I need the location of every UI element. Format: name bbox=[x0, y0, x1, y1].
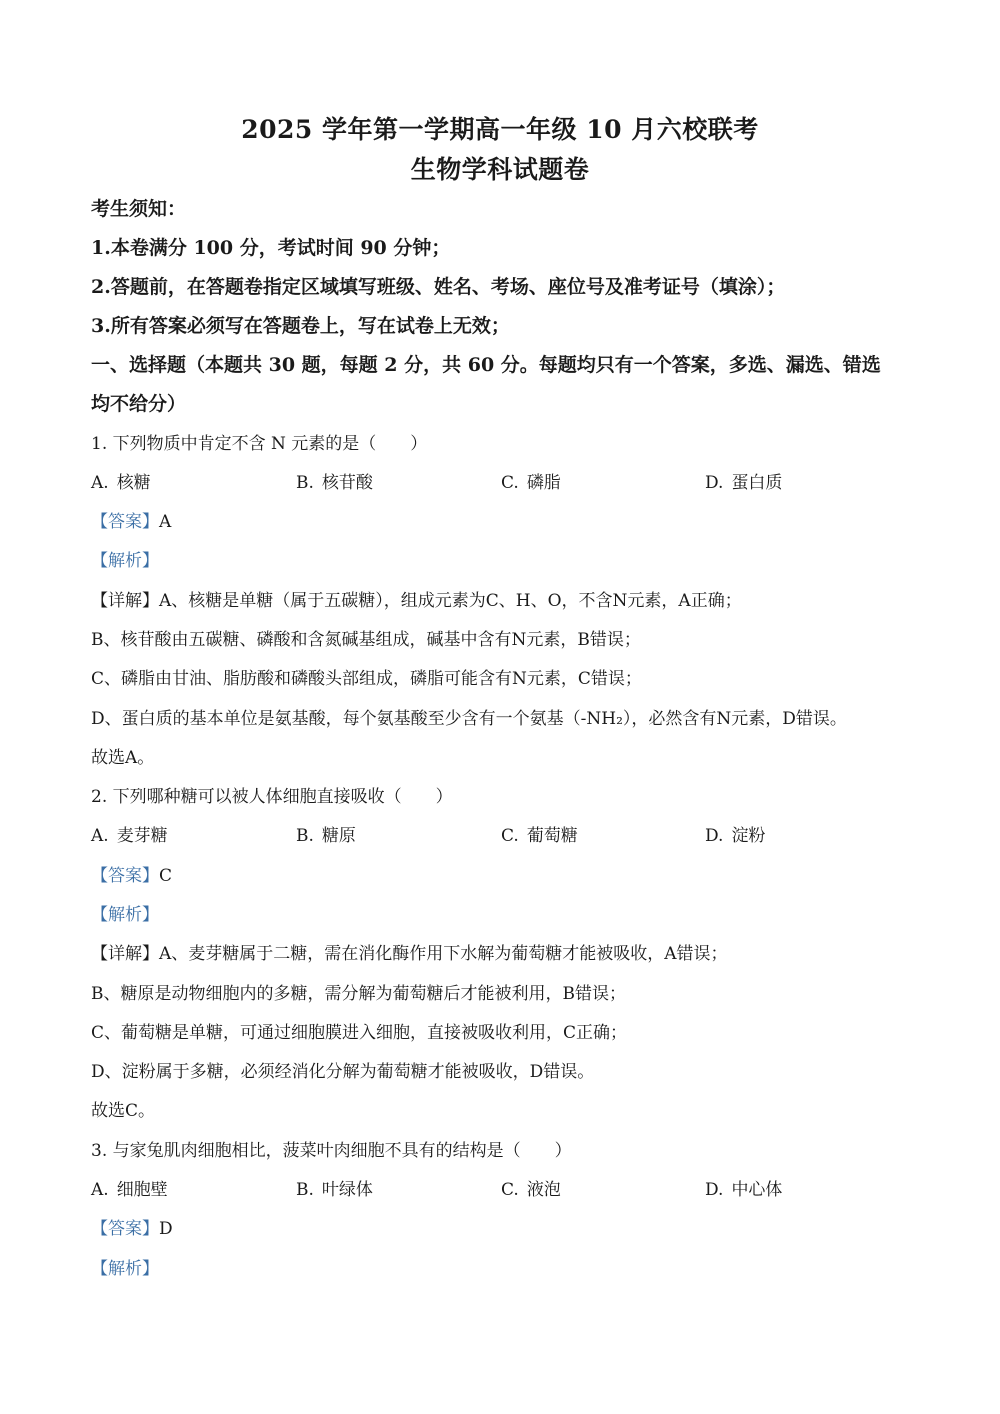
option-c: C.液泡 bbox=[501, 1175, 561, 1200]
detail-line: D、淀粉属于多糖，必须经消化分解为葡萄糖才能被吸收，D错误。 bbox=[91, 1057, 594, 1082]
option-a: A.核糖 bbox=[91, 468, 151, 493]
conclusion-line: 故选C。 bbox=[91, 1096, 155, 1121]
option-d: D.中心体 bbox=[705, 1175, 782, 1200]
detail-line: 【详解】A、核糖是单糖（属于五碳糖），组成元素为C、H、O，不含N元素，A正确； bbox=[91, 586, 742, 611]
option-b: B.糖原 bbox=[296, 821, 356, 846]
detail-line: D、蛋白质的基本单位是氨基酸，每个氨基酸至少含有一个氨基（-NH₂），必然含有N… bbox=[91, 704, 847, 729]
detail-line: B、糖原是动物细胞内的多糖，需分解为葡萄糖后才能被利用，B错误； bbox=[91, 979, 626, 1004]
notice-heading: 考生须知： bbox=[91, 194, 186, 221]
answer-line: 【答案】C bbox=[91, 861, 172, 886]
exam-title: 2025 学年第一学期高一年级 10 月六校联考 bbox=[0, 110, 1000, 146]
option-a: A.麦芽糖 bbox=[91, 821, 168, 846]
answer-label: 【答案】 bbox=[91, 512, 159, 532]
notice-item: 3.所有答案必须写在答题卷上，写在试卷上无效； bbox=[91, 311, 510, 338]
detail-label: 【详解】 bbox=[91, 591, 159, 611]
answer-value: C bbox=[159, 866, 172, 886]
option-d: D.淀粉 bbox=[705, 821, 765, 846]
detail-line: C、葡萄糖是单糖，可通过细胞膜进入细胞，直接被吸收利用，C正确； bbox=[91, 1018, 627, 1043]
analysis-label: 【解析】 bbox=[91, 1259, 159, 1279]
notice-item: 2.答题前，在答题卷指定区域填写班级、姓名、考场、座位号及准考证号（填涂）； bbox=[91, 272, 785, 299]
option-d: D.蛋白质 bbox=[705, 468, 782, 493]
analysis-label: 【解析】 bbox=[91, 905, 159, 925]
exam-page: 2025 学年第一学期高一年级 10 月六校联考 生物学科试题卷 考生须知： 1… bbox=[0, 0, 1000, 1414]
answer-line: 【答案】D bbox=[91, 1214, 173, 1239]
section-heading-cont: 均不给分） bbox=[91, 389, 186, 416]
detail-line: B、核苷酸由五碳糖、磷酸和含氮碱基组成，碱基中含有N元素，B错误； bbox=[91, 625, 641, 650]
notice-item: 1.本卷满分 100 分，考试时间 90 分钟； bbox=[91, 233, 450, 260]
analysis-line: 【解析】 bbox=[91, 546, 159, 571]
analysis-line: 【解析】 bbox=[91, 900, 159, 925]
option-c: C.磷脂 bbox=[501, 468, 561, 493]
answer-value: D bbox=[159, 1219, 173, 1239]
detail-label: 【详解】 bbox=[91, 944, 159, 964]
question-stem: 1. 下列物质中肯定不含 N 元素的是（ ） bbox=[91, 429, 427, 454]
answer-label: 【答案】 bbox=[91, 866, 159, 886]
conclusion-line: 故选A。 bbox=[91, 743, 154, 768]
analysis-line: 【解析】 bbox=[91, 1254, 159, 1279]
question-stem: 3. 与家兔肌肉细胞相比，菠菜叶肉细胞不具有的结构是（ ） bbox=[91, 1136, 572, 1161]
question-stem: 2. 下列哪种糖可以被人体细胞直接吸收（ ） bbox=[91, 782, 453, 807]
detail-line: 【详解】A、麦芽糖属于二糖，需在消化酶作用下水解为葡萄糖才能被吸收，A错误； bbox=[91, 939, 728, 964]
answer-label: 【答案】 bbox=[91, 1219, 159, 1239]
answer-value: A bbox=[159, 512, 171, 532]
option-b: B.叶绿体 bbox=[296, 1175, 373, 1200]
exam-subtitle: 生物学科试题卷 bbox=[0, 150, 1000, 186]
analysis-label: 【解析】 bbox=[91, 551, 159, 571]
option-a: A.细胞壁 bbox=[91, 1175, 168, 1200]
detail-line: C、磷脂由甘油、脂肪酸和磷酸头部组成，磷脂可能含有N元素，C错误； bbox=[91, 664, 642, 689]
section-heading: 一、选择题（本题共 30 题，每题 2 分，共 60 分。每题均只有一个答案，多… bbox=[91, 350, 881, 377]
option-b: B.核苷酸 bbox=[296, 468, 373, 493]
option-c: C.葡萄糖 bbox=[501, 821, 578, 846]
answer-line: 【答案】A bbox=[91, 507, 171, 532]
